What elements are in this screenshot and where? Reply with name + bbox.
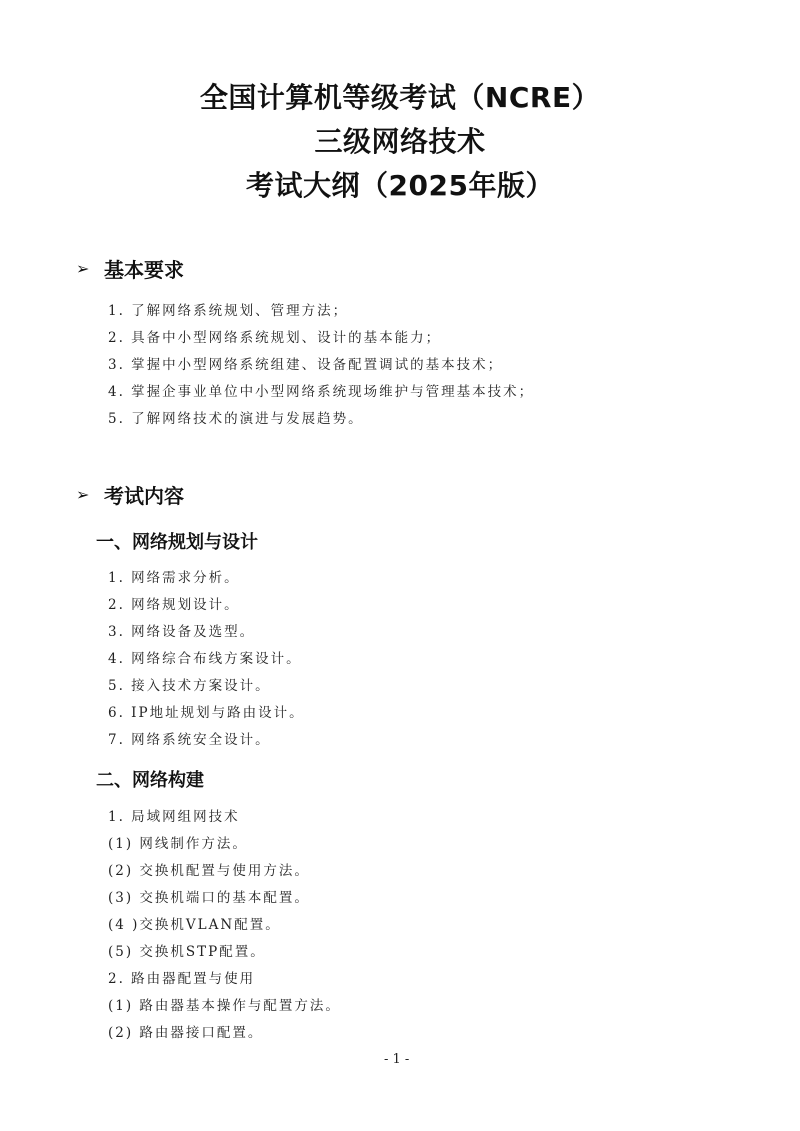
- list-item: 5. 了解网络技术的演进与发展趋势。: [108, 406, 534, 433]
- list-item: 3. 网络设备及选型。: [108, 619, 305, 646]
- title-line-2: 三级网络技术: [0, 120, 800, 164]
- list-item: 2. 网络规划设计。: [108, 592, 305, 619]
- list-item: 3. 掌握中小型网络系统组建、设备配置调试的基本技术；: [108, 352, 534, 379]
- list-item: (3) 交换机端口的基本配置。: [108, 885, 341, 912]
- section-heading: 基本要求: [104, 254, 184, 283]
- list-item: 4. 掌握企事业单位中小型网络系统现场维护与管理基本技术；: [108, 379, 534, 406]
- list-item: 1. 了解网络系统规划、管理方法；: [108, 298, 534, 325]
- section-exam-content: ➢ 考试内容: [76, 480, 184, 509]
- list-item: 2. 路由器配置与使用: [108, 966, 341, 993]
- basic-requirements-list: 1. 了解网络系统规划、管理方法； 2. 具备中小型网络系统规划、设计的基本能力…: [108, 298, 534, 433]
- title-line-3: 考试大纲（2025年版）: [0, 164, 800, 208]
- list-item: (5) 交换机STP配置。: [108, 939, 341, 966]
- list-item: (4 )交换机VLAN配置。: [108, 912, 341, 939]
- list-item: 1. 局域网组网技术: [108, 804, 341, 831]
- document-title: 全国计算机等级考试（NCRE） 三级网络技术 考试大纲（2025年版）: [0, 76, 800, 208]
- list-item: (1) 网线制作方法。: [108, 831, 341, 858]
- list-item: 5. 接入技术方案设计。: [108, 673, 305, 700]
- section-basic-requirements: ➢ 基本要求: [76, 254, 184, 283]
- list-item: (2) 交换机配置与使用方法。: [108, 858, 341, 885]
- section-heading: 考试内容: [104, 480, 184, 509]
- list-item: (2) 路由器接口配置。: [108, 1020, 341, 1047]
- arrow-bullet-icon: ➢: [76, 485, 92, 504]
- list-item: (1) 路由器基本操作与配置方法。: [108, 993, 341, 1020]
- network-construction-list: 1. 局域网组网技术 (1) 网线制作方法。 (2) 交换机配置与使用方法。 (…: [108, 804, 341, 1047]
- list-item: 2. 具备中小型网络系统规划、设计的基本能力；: [108, 325, 534, 352]
- page-number: - 1 -: [384, 1052, 409, 1067]
- list-item: 4. 网络综合布线方案设计。: [108, 646, 305, 673]
- list-item: 6. IP地址规划与路由设计。: [108, 700, 305, 727]
- subsection-heading-construction: 二、网络构建: [96, 766, 204, 792]
- arrow-bullet-icon: ➢: [76, 259, 92, 278]
- list-item: 7. 网络系统安全设计。: [108, 727, 305, 754]
- planning-design-list: 1. 网络需求分析。 2. 网络规划设计。 3. 网络设备及选型。 4. 网络综…: [108, 565, 305, 754]
- list-item: 1. 网络需求分析。: [108, 565, 305, 592]
- subsection-heading-planning: 一、网络规划与设计: [96, 528, 258, 554]
- title-line-1: 全国计算机等级考试（NCRE）: [0, 76, 800, 120]
